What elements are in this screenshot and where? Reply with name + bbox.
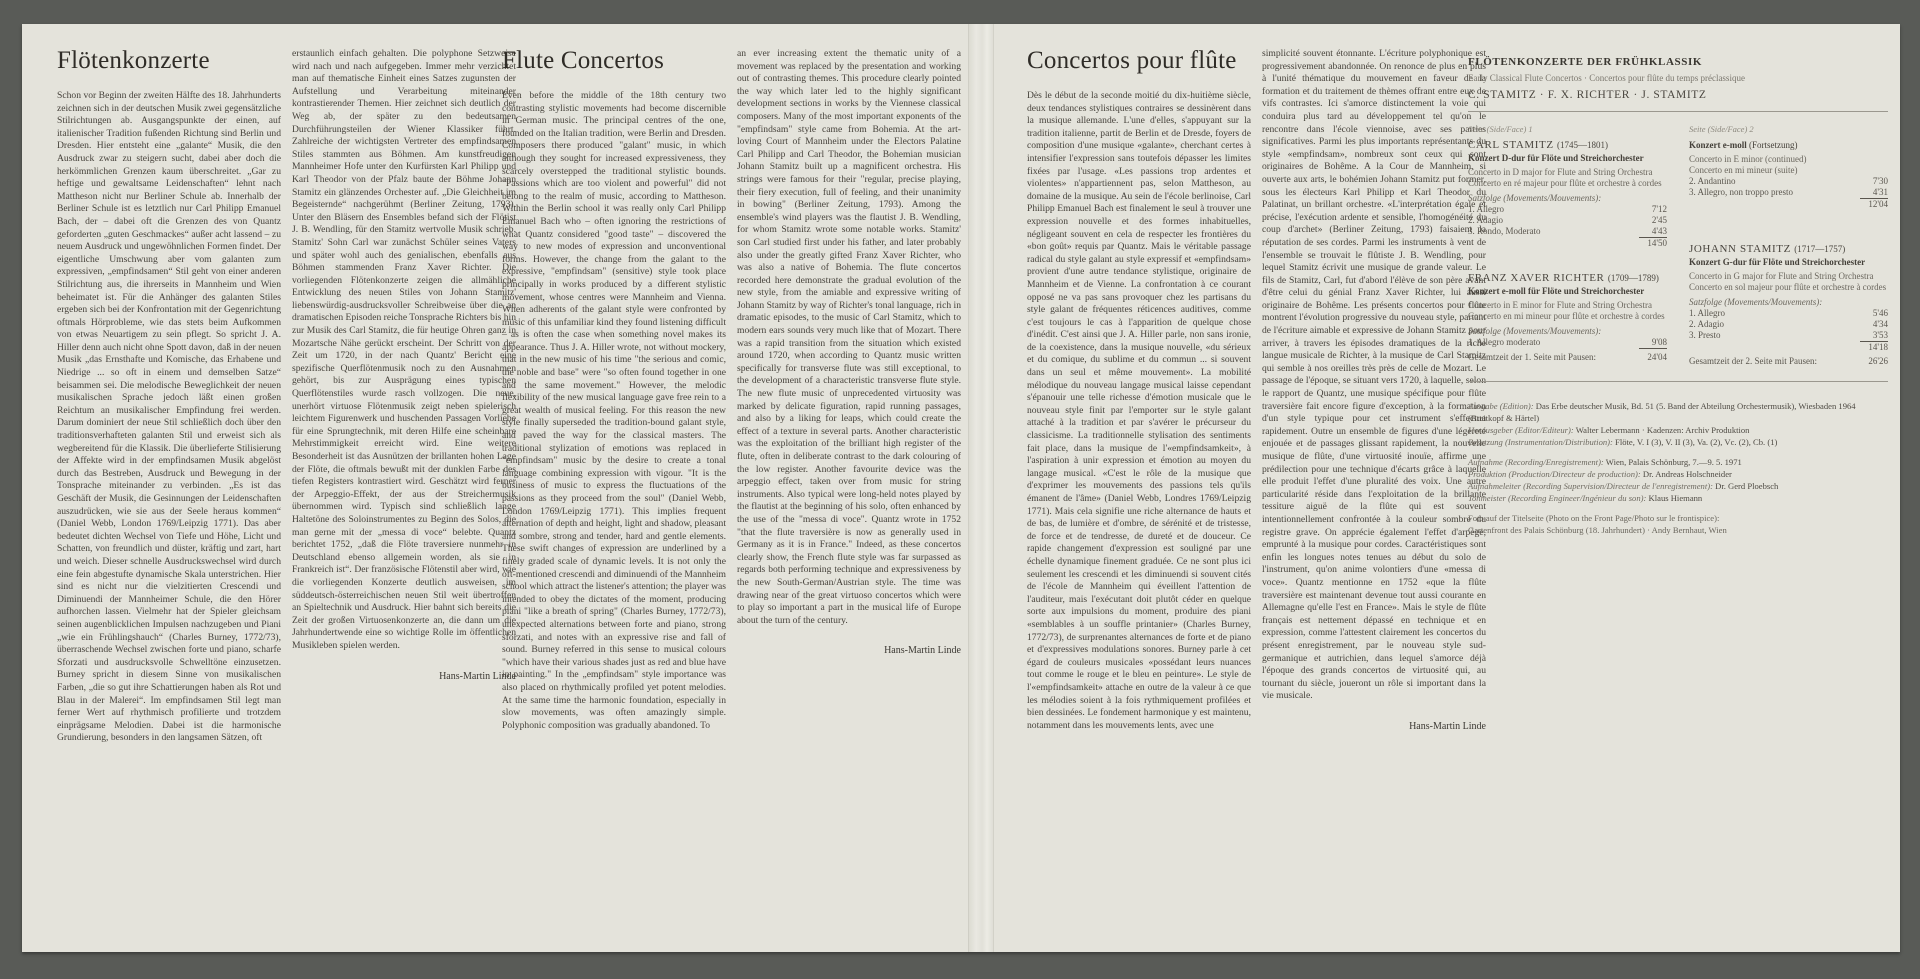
side-total: Gesamtzeit der 1. Seite mit Pausen:24'04: [1468, 352, 1667, 363]
composer-name: CARL STAMITZ (1745—1801): [1468, 140, 1667, 151]
photo-credit-label: Foto auf der Titelseite (Photo on the Fr…: [1468, 512, 1888, 524]
track-row: 3. Allegro, non troppo presto4'31: [1689, 187, 1888, 199]
photo-credit-value: Gartenfront des Palais Schönburg (18. Ja…: [1468, 524, 1888, 536]
credit-recording: Aufnahme (Recording/Enregistrement): Wie…: [1468, 456, 1888, 468]
work-title-fr: Concerto en ré majeur pour flûte et orch…: [1468, 178, 1667, 189]
credit-engineer: Tonmeister (Recording Engineer/Ingénieur…: [1468, 492, 1888, 504]
work-title-de: Konzert D-dur für Flöte und Streichorche…: [1468, 153, 1667, 164]
english-text-2: an ever increasing extent the thematic u…: [737, 48, 961, 627]
work-title-de: Konzert e-moll für Flöte und Streichorch…: [1468, 286, 1667, 297]
work-title-de: Konzert e-moll (Fortsetzung): [1689, 140, 1888, 151]
side-1-label: Seite (Side/Face) 1: [1468, 124, 1667, 135]
german-col-1: Flötenkonzerte Schon vor Beginn der zwei…: [57, 46, 281, 745]
track-row: 3. Rondo, Moderato4'43: [1468, 226, 1667, 238]
album-composers: C. STAMITZ · F. X. RICHTER · J. STAMITZ: [1468, 89, 1888, 101]
french-text-2: simplicité souvent étonnante. L'écriture…: [1262, 48, 1486, 703]
work-title-fr: Concerto en mi mineur (suite): [1689, 165, 1888, 176]
track-listing: Seite (Side/Face) 1 CARL STAMITZ (1745—1…: [1468, 124, 1888, 367]
divider: [1468, 111, 1888, 112]
track-row: 1. Allegro moderato9'08: [1468, 337, 1667, 349]
credits: Ausgabe (Edition): Das Erbe deutscher Mu…: [1468, 400, 1888, 536]
credit-instrumentation: Besetzung (Instrumentation/Distribution)…: [1468, 436, 1888, 448]
work-title-en: Concerto in E minor (continued): [1689, 154, 1888, 165]
work-title-fr: Concerto en sol majeur pour flûte et orc…: [1689, 282, 1888, 293]
german-title: Flötenkonzerte: [57, 46, 281, 76]
album-title: FLÖTENKONZERTE DER FRÜHKLASSIK: [1468, 56, 1888, 68]
subtotal: 14'18: [1689, 342, 1888, 353]
side-2-label: Seite (Side/Face) 2: [1689, 124, 1888, 135]
track-row: 2. Adagio4'34: [1689, 319, 1888, 330]
french-text-1: Dès le début de la seconde moitié du dix…: [1027, 90, 1251, 732]
track-row: 2. Andantino7'30: [1689, 176, 1888, 187]
work-title-en: Concerto in D major for Flute and String…: [1468, 167, 1667, 178]
side-1: Seite (Side/Face) 1 CARL STAMITZ (1745—1…: [1468, 124, 1667, 367]
record-sleeve: Flötenkonzerte Schon vor Beginn der zwei…: [22, 24, 1900, 952]
french-col-2: simplicité souvent étonnante. L'écriture…: [1262, 48, 1486, 732]
album-subtitle: Early Classical Flute Concertos · Concer…: [1468, 73, 1888, 83]
english-col-2: an ever increasing extent the thematic u…: [737, 48, 961, 656]
german-text-2: erstaunlich einfach gehalten. Die polyph…: [292, 48, 516, 653]
divider: [1468, 381, 1888, 382]
work-title-fr: Concerto en mi mineur pour flûte et orch…: [1468, 311, 1667, 322]
german-col-2: erstaunlich einfach gehalten. Die polyph…: [292, 48, 516, 682]
english-title: Flute Concertos: [502, 46, 726, 76]
work-title-en: Concerto in E minor for Flute and String…: [1468, 300, 1667, 311]
credit-edition: Ausgabe (Edition): Das Erbe deutscher Mu…: [1468, 400, 1888, 424]
french-title: Concertos pour flûte: [1027, 46, 1251, 76]
movements-label: Satzfolge (Movements/Mouvements):: [1468, 326, 1667, 337]
side-total: Gesamtzeit der 2. Seite mit Pausen:26'26: [1689, 356, 1888, 367]
english-signature: Hans-Martin Linde: [737, 645, 961, 656]
french-col-1: Concertos pour flûte Dès le début de la …: [1027, 46, 1251, 732]
work-title-de: Konzert G-dur für Flöte und Streichorche…: [1689, 257, 1888, 268]
english-text-1: Even before the middle of the 18th centu…: [502, 90, 726, 732]
album-info: FLÖTENKONZERTE DER FRÜHKLASSIK Early Cla…: [1468, 56, 1888, 544]
credit-editor: Herausgeber (Editor/Editeur): Walter Leb…: [1468, 424, 1888, 436]
german-text-1: Schon vor Beginn der zweiten Hälfte des …: [57, 90, 281, 745]
track-row: 3. Presto3'53: [1689, 330, 1888, 342]
credit-production: Produktion (Production/Directeur de prod…: [1468, 468, 1888, 480]
movements-label: Satzfolge (Movements/Mouvements):: [1468, 193, 1667, 204]
french-signature: Hans-Martin Linde: [1262, 721, 1486, 732]
subtotal: 12'04: [1689, 199, 1888, 210]
right-panel: Concertos pour flûte Dès le début de la …: [982, 24, 1900, 952]
composer-name: FRANZ XAVER RICHTER (1709—1789): [1468, 273, 1667, 284]
movements-label: Satzfolge (Movements/Mouvements):: [1689, 297, 1888, 308]
track-row: 1. Allegro7'12: [1468, 204, 1667, 215]
left-panel: Flötenkonzerte Schon vor Beginn der zwei…: [22, 24, 972, 952]
work-title-en: Concerto in G major for Flute and String…: [1689, 271, 1888, 282]
track-row: 1. Allegro5'46: [1689, 308, 1888, 319]
english-col-1: Flute Concertos Even before the middle o…: [502, 46, 726, 732]
german-signature: Hans-Martin Linde: [292, 671, 516, 682]
subtotal: 14'50: [1468, 238, 1667, 249]
credit-supervision: Aufnahmeleiter (Recording Supervision/Di…: [1468, 480, 1888, 492]
composer-name: JOHANN STAMITZ (1717—1757): [1689, 244, 1888, 255]
side-2: Seite (Side/Face) 2 Konzert e-moll (Fort…: [1689, 124, 1888, 367]
track-row: 2. Adagio2'45: [1468, 215, 1667, 226]
